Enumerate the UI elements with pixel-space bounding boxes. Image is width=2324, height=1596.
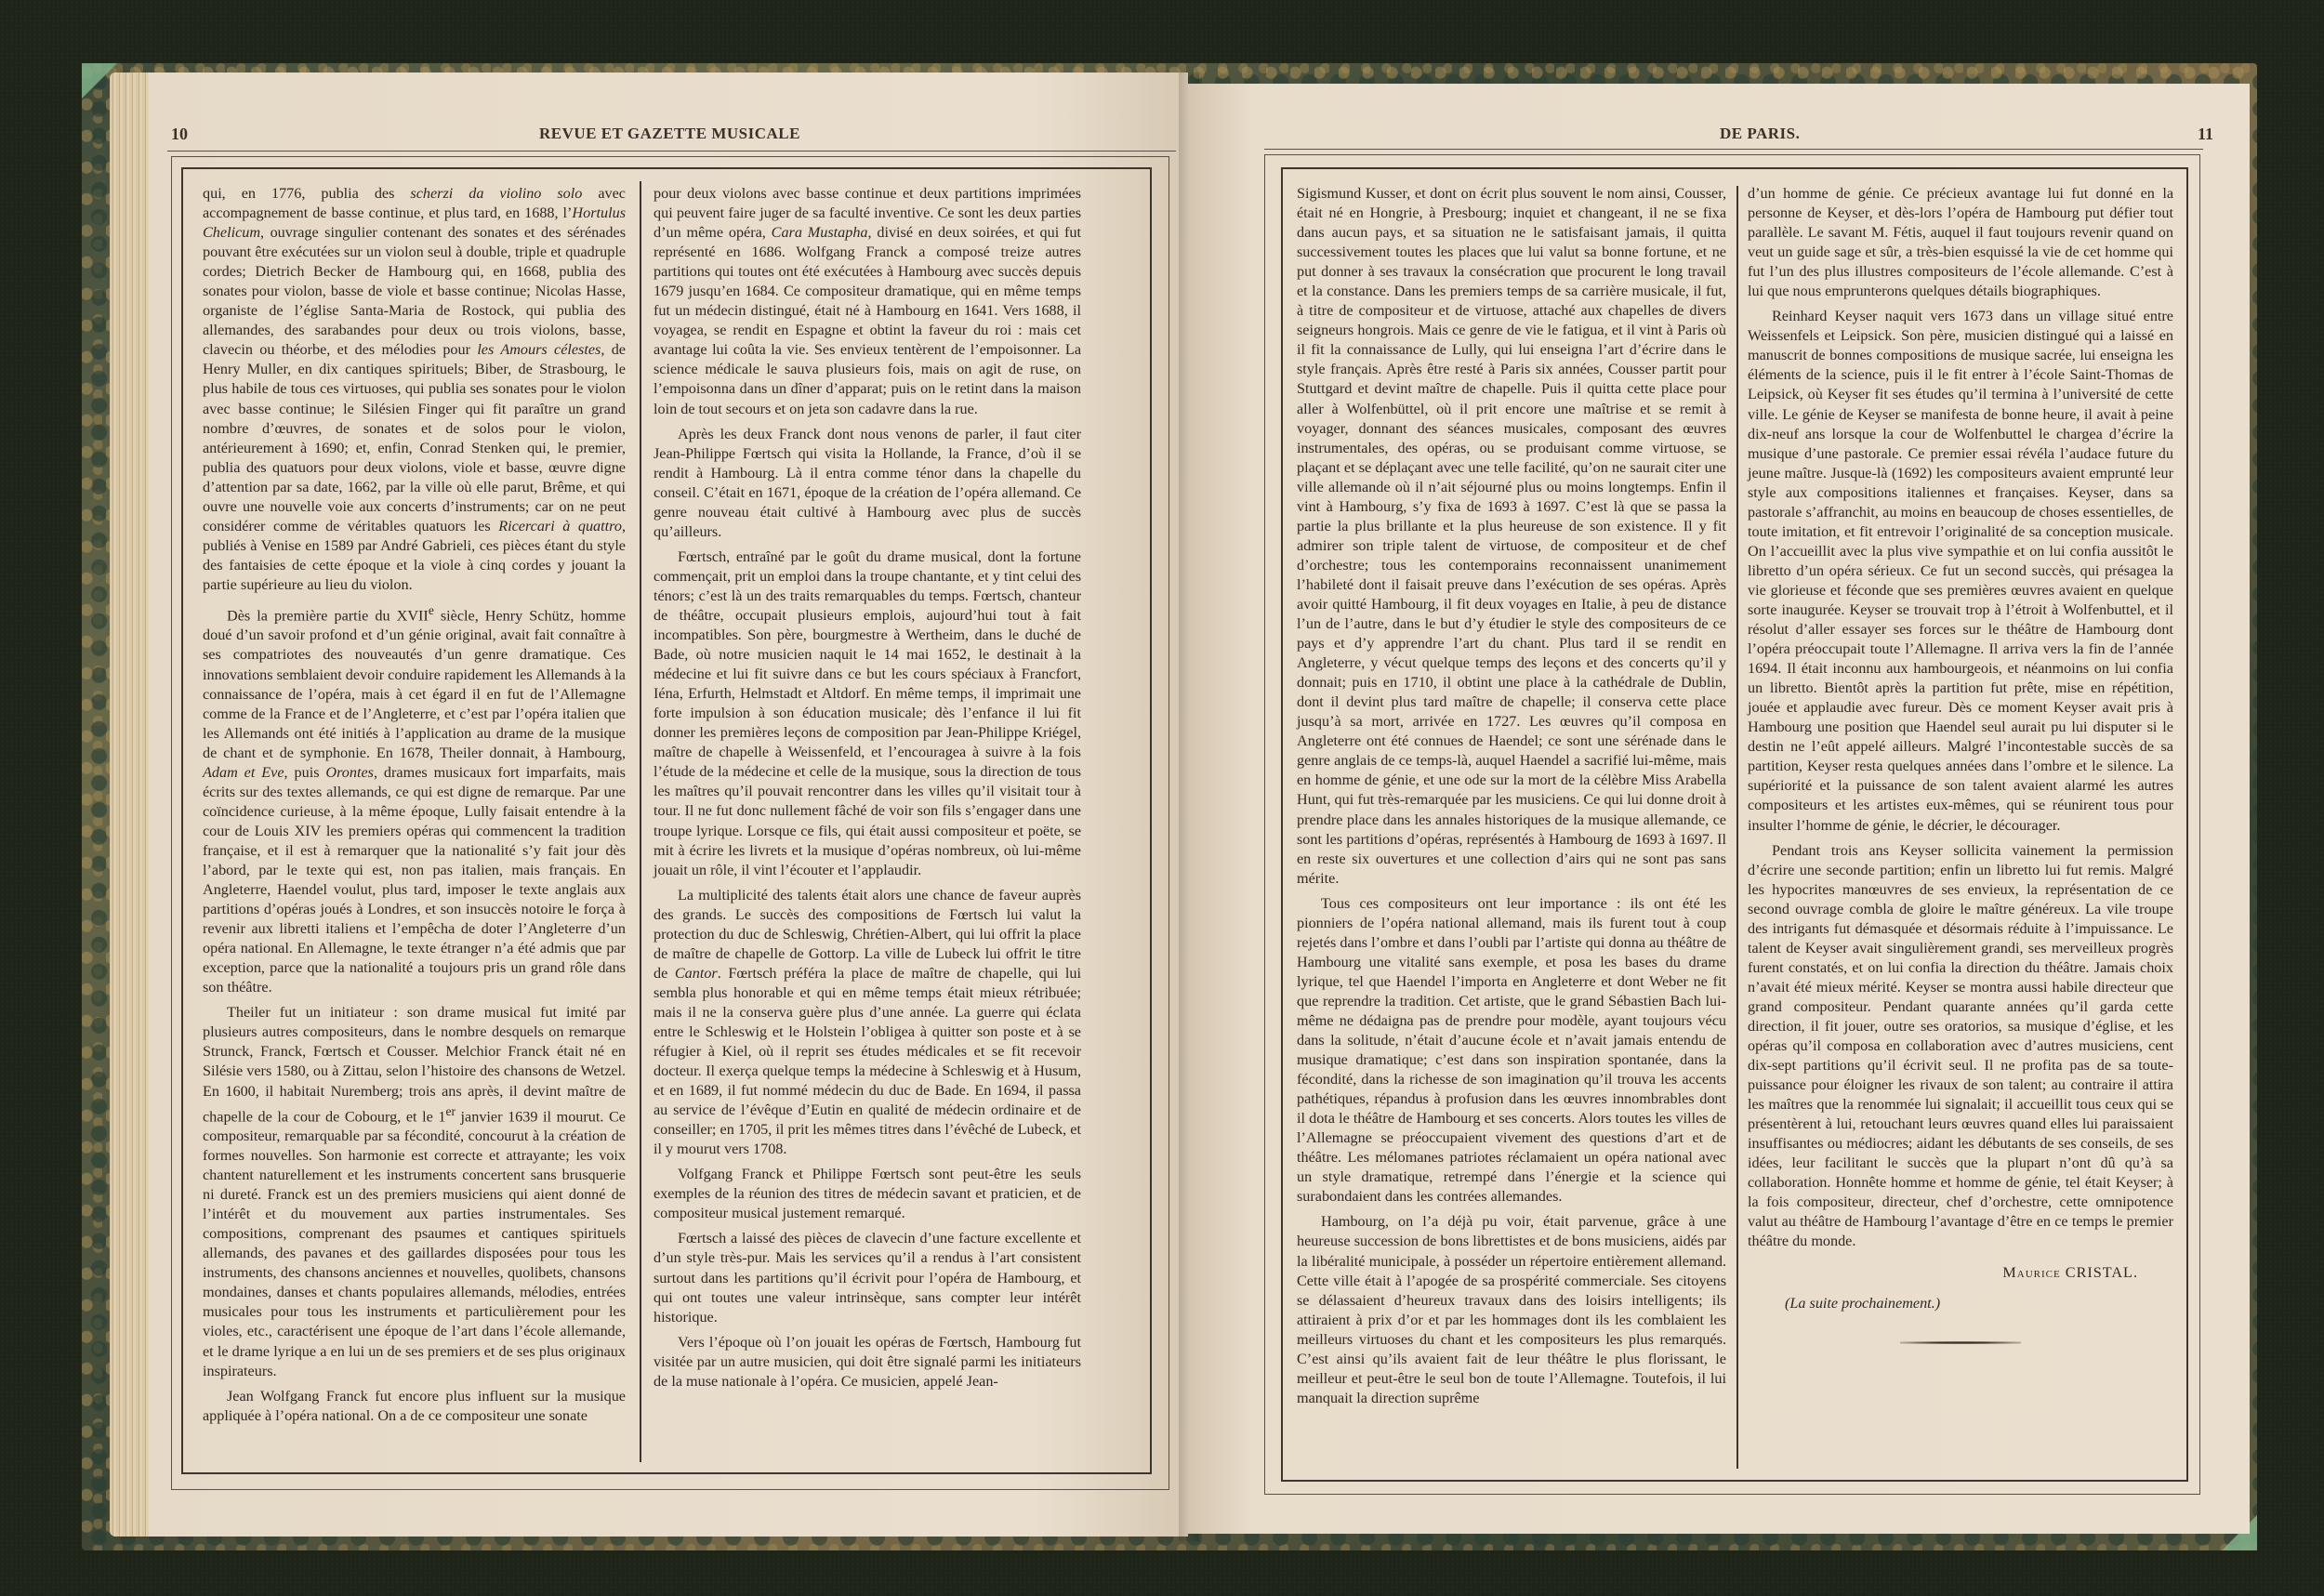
left-page-column-1: qui, en 1776, publia des scherzi da viol…: [203, 184, 626, 1431]
fleuron-ornament: [1900, 1341, 2021, 1344]
header-rule-left: [167, 151, 1176, 152]
author-signature: Maurice CRISTAL.: [1748, 1263, 2173, 1283]
paragraph: Volfgang Franck et Philippe Fœrtsch sont…: [654, 1165, 1081, 1223]
paragraph: Pendant trois ans Keyser sollicita vaine…: [1748, 841, 2173, 1252]
header-rule-right: [1264, 149, 2203, 150]
paragraph: Theiler fut un initiateur : son drame mu…: [203, 1003, 626, 1380]
paragraph: Fœrtsch a laissé des pièces de clavecin …: [654, 1229, 1081, 1326]
paragraph: pour deux violons avec basse continue et…: [654, 184, 1081, 419]
paragraph: Tous ces compositeurs ont leur importanc…: [1297, 894, 1726, 1207]
continuation-note: (La suite prochainement.): [1748, 1294, 2173, 1313]
running-head-left: REVUE ET GAZETTE MUSICALE: [539, 125, 800, 143]
paragraph: Hambourg, on l’a déjà pu voir, était par…: [1297, 1212, 1726, 1407]
paragraph: Fœrtsch, entraîné par le goût du drame m…: [654, 547, 1081, 880]
paragraph: qui, en 1776, publia des scherzi da viol…: [203, 184, 626, 595]
left-page-column-2: pour deux violons avec basse continue et…: [654, 184, 1081, 1397]
right-page-column-2-body: d’un homme de génie. Ce précieux avantag…: [1748, 184, 2173, 1252]
paragraph: Vers l’époque où l’on jouait les opéras …: [654, 1333, 1081, 1392]
paragraph: Reinhard Keyser naquit vers 1673 dans un…: [1748, 307, 2173, 835]
paragraph: Après les deux Franck dont nous venons d…: [654, 425, 1081, 542]
right-page-column-2: d’un homme de génie. Ce précieux avantag…: [1748, 184, 2173, 1344]
paragraph: d’un homme de génie. Ce précieux avantag…: [1748, 184, 2173, 301]
paragraph: Dès la première partie du XVIIe siècle, …: [203, 600, 626, 997]
page-number-right: 11: [2198, 125, 2213, 144]
right-page-column-1: Sigismund Kusser, et dont on écrit plus …: [1297, 184, 1726, 1414]
running-head-right: DE PARIS.: [1720, 125, 1800, 143]
column-divider-right: [1736, 186, 1738, 1469]
paragraph: Sigismund Kusser, et dont on écrit plus …: [1297, 184, 1726, 889]
column-divider-left: [640, 181, 641, 1462]
paragraph: La multiplicité des talents était alors …: [654, 886, 1081, 1160]
page-number-left: 10: [171, 125, 188, 144]
paragraph: Jean Wolfgang Franck fut encore plus inf…: [203, 1387, 626, 1426]
